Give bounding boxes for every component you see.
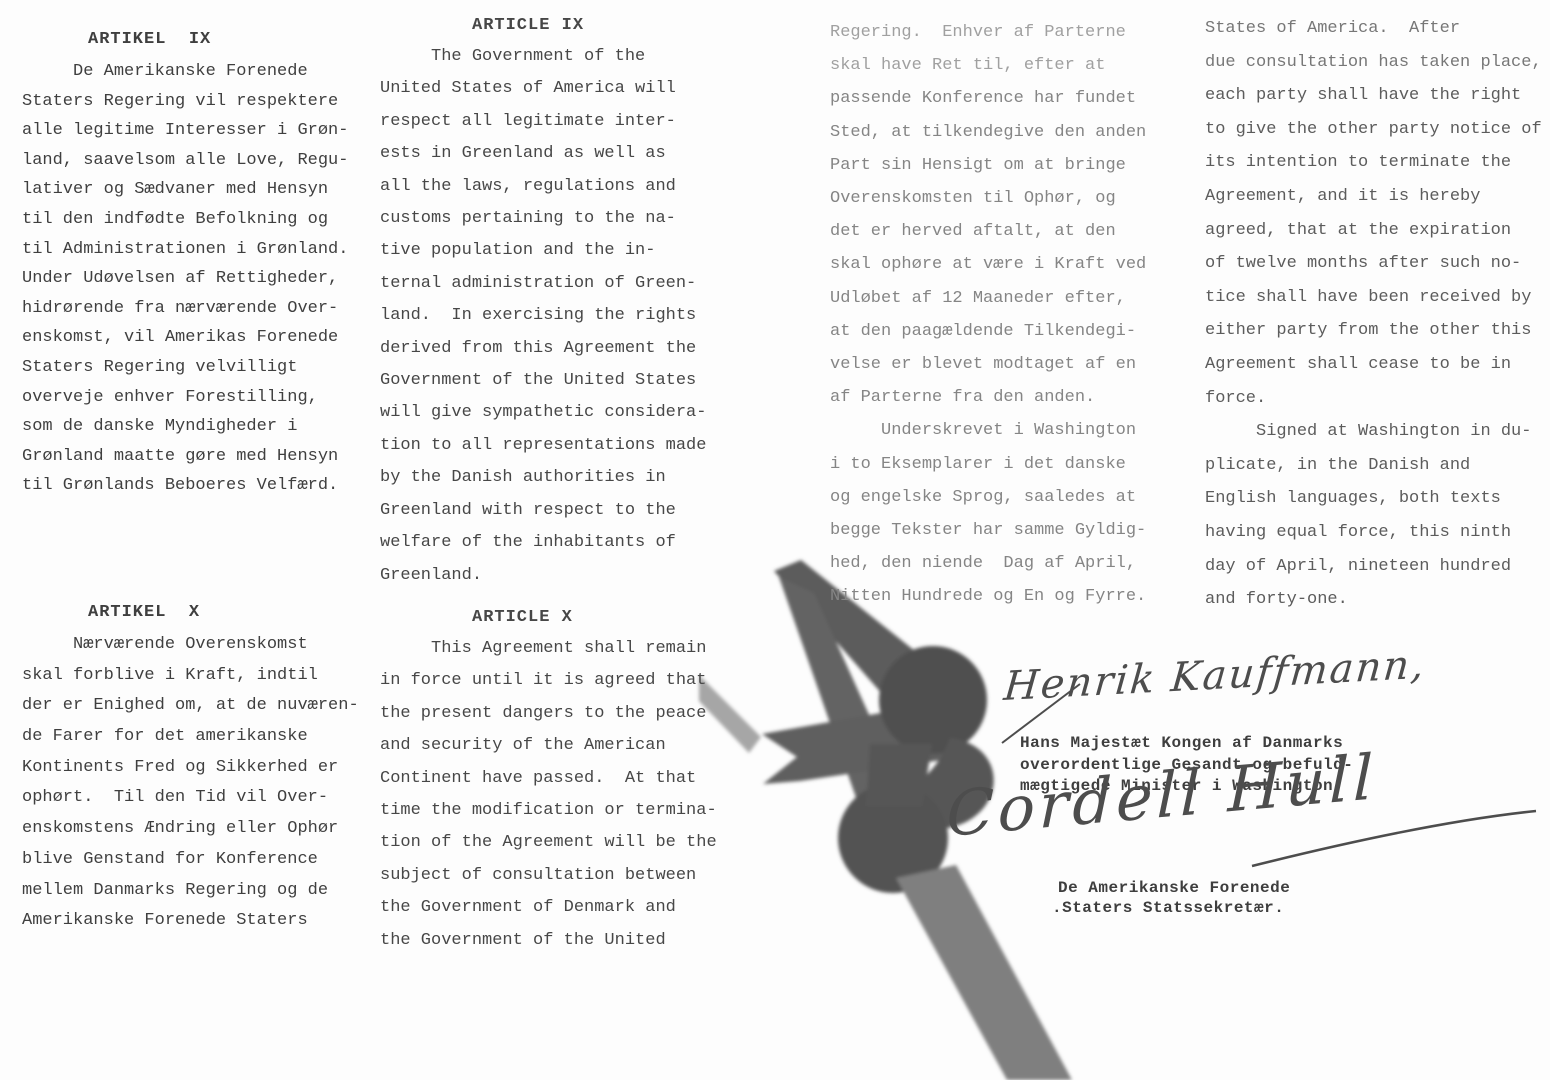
- text-line: enskomstens Ændring eller Ophør: [22, 814, 374, 845]
- text-line: overveje enhver Forestilling,: [22, 383, 374, 413]
- text-line: time the modification or termina-: [380, 795, 732, 827]
- text-line: Staters Regering velvilligt: [22, 353, 374, 383]
- text-line: hidrørende fra nærværende Over-: [22, 294, 374, 324]
- text-line: due consultation has taken place,: [1205, 46, 1550, 80]
- text-line: customs pertaining to the na-: [380, 203, 732, 235]
- column-english-continuation: States of America. Afterdue consultation…: [1205, 12, 1550, 617]
- text-line: alle legitime Interesser i Grøn-: [22, 116, 374, 146]
- text-line: Under Udøvelsen af Rettigheder,: [22, 264, 374, 294]
- text-line: velse er blevet modtaget af en: [830, 348, 1170, 381]
- text-line: Amerikanske Forenede Staters: [22, 906, 374, 937]
- article-9-body-danish: De Amerikanske ForenedeStaters Regering …: [22, 57, 374, 501]
- text-line: by the Danish authorities in: [380, 462, 732, 494]
- text-line: day of April, nineteen hundred: [1205, 550, 1550, 584]
- text-line: plicate, in the Danish and: [1205, 449, 1550, 483]
- article-10-heading-danish: ARTIKEL X: [22, 603, 374, 622]
- ribbon-band: [866, 744, 932, 806]
- column-english-articles: ARTICLE IX The Government of theUnited S…: [380, 16, 732, 957]
- text-line: in force until it is agreed that: [380, 665, 732, 697]
- text-line: welfare of the inhabitants of: [380, 527, 732, 559]
- text-line: skal forblive i Kraft, indtil: [22, 661, 374, 692]
- text-line: will give sympathetic considera-: [380, 397, 732, 429]
- text-line: Nærværende Overenskomst: [22, 630, 374, 661]
- text-line: og engelske Sprog, saaledes at: [830, 481, 1170, 514]
- text-line: Agreement, and it is hereby: [1205, 180, 1550, 214]
- text-line: the Government of Denmark and: [380, 892, 732, 924]
- text-line: .Staters Statssekretær.: [1052, 898, 1290, 918]
- text-line: hed, den niende Dag af April,: [830, 547, 1170, 580]
- text-line: Underskrevet i Washington: [830, 414, 1170, 447]
- text-line: til Grønlands Beboeres Velfærd.: [22, 471, 374, 501]
- text-line: De Amerikanske Forenede: [1052, 878, 1290, 898]
- text-line: ternal administration of Green-: [380, 268, 732, 300]
- text-line: all the laws, regulations and: [380, 171, 732, 203]
- text-line: passende Konference har fundet: [830, 82, 1170, 115]
- text-line: Signed at Washington in du-: [1205, 415, 1550, 449]
- text-line: enskomst, vil Amerikas Forenede: [22, 323, 374, 353]
- text-line: det er herved aftalt, at den: [830, 215, 1170, 248]
- text-line: mellem Danmarks Regering og de: [22, 876, 374, 907]
- text-line: Part sin Hensigt om at bringe: [830, 149, 1170, 182]
- text-line: This Agreement shall remain: [380, 633, 732, 665]
- article-9-heading-danish: ARTIKEL IX: [22, 30, 374, 49]
- text-line: Overenskomsten til Ophør, og: [830, 182, 1170, 215]
- text-line: land. In exercising the rights: [380, 300, 732, 332]
- text-line: respect all legitimate inter-: [380, 106, 732, 138]
- text-line: having equal force, this ninth: [1205, 516, 1550, 550]
- text-line: til Administrationen i Grønland.: [22, 235, 374, 265]
- text-line: Continent have passed. At that: [380, 763, 732, 795]
- text-line: tion to all representations made: [380, 430, 732, 462]
- text-line: der er Enighed om, at de nuværen-: [22, 691, 374, 722]
- text-line: Kontinents Fred og Sikkerhed er: [22, 753, 374, 784]
- text-line: blive Genstand for Konference: [22, 845, 374, 876]
- text-line: skal ophøre at være i Kraft ved: [830, 248, 1170, 281]
- text-line: land, saavelsom alle Love, Regu-: [22, 146, 374, 176]
- text-line: Greenland with respect to the: [380, 495, 732, 527]
- text-line: subject of consultation between: [380, 860, 732, 892]
- text-line: til den indfødte Befolkning og: [22, 205, 374, 235]
- text-line: United States of America will: [380, 73, 732, 105]
- text-line: Nitten Hundrede og En og Fyrre.: [830, 580, 1170, 613]
- text-line: Agreement shall cease to be in: [1205, 348, 1550, 382]
- text-line: Sted, at tilkendegive den anden: [830, 116, 1170, 149]
- text-line: the Government of the United: [380, 925, 732, 957]
- text-line: and security of the American: [380, 730, 732, 762]
- text-line: Greenland.: [380, 560, 732, 592]
- text-line: ests in Greenland as well as: [380, 138, 732, 170]
- article-9-heading-english: ARTICLE IX: [380, 16, 732, 35]
- text-line: i to Eksemplarer i det danske: [830, 448, 1170, 481]
- text-line: begge Tekster har samme Gyldig-: [830, 514, 1170, 547]
- text-line: its intention to terminate the: [1205, 146, 1550, 180]
- text-line: either party from the other this: [1205, 314, 1550, 348]
- text-line: to give the other party notice of: [1205, 113, 1550, 147]
- text-line: and forty-one.: [1205, 583, 1550, 617]
- text-line: force.: [1205, 382, 1550, 416]
- article-10-body-english: This Agreement shall remainin force unti…: [380, 633, 732, 957]
- text-line: States of America. After: [1205, 12, 1550, 46]
- ribbon-band: [896, 865, 1072, 1080]
- text-line: at den paagældende Tilkendegi-: [830, 315, 1170, 348]
- text-line: agreed, that at the expiration: [1205, 214, 1550, 248]
- text-line: som de danske Myndigheder i: [22, 412, 374, 442]
- text-line: Grønland maatte gøre med Hensyn: [22, 442, 374, 472]
- treaty-scan-page: ARTIKEL IX De Amerikanske ForenedeStater…: [0, 0, 1550, 1080]
- column-danish-articles: ARTIKEL IX De Amerikanske ForenedeStater…: [22, 30, 374, 937]
- text-line: derived from this Agreement the: [380, 333, 732, 365]
- column-danish-continuation: Regering. Enhver af Parterneskal have Re…: [830, 16, 1170, 614]
- wax-seal-icon: [879, 646, 987, 754]
- text-line: Regering. Enhver af Parterne: [830, 16, 1170, 49]
- text-line: tice shall have been received by: [1205, 281, 1550, 315]
- signature-caption-hull: De Amerikanske Forenede.Staters Statssek…: [1052, 878, 1290, 918]
- article-10-heading-english: ARTICLE X: [380, 608, 732, 627]
- text-line: lativer og Sædvaner med Hensyn: [22, 175, 374, 205]
- text-line: Udløbet af 12 Maaneder efter,: [830, 282, 1170, 315]
- text-line: each party shall have the right: [1205, 79, 1550, 113]
- text-line: English languages, both texts: [1205, 482, 1550, 516]
- text-line: skal have Ret til, efter at: [830, 49, 1170, 82]
- text-line: ophørt. Til den Tid vil Over-: [22, 783, 374, 814]
- text-line: Government of the United States: [380, 365, 732, 397]
- text-line: tive population and the in-: [380, 235, 732, 267]
- text-line: The Government of the: [380, 41, 732, 73]
- text-line: tion of the Agreement will be the: [380, 827, 732, 859]
- text-line: af Parterne fra den anden.: [830, 381, 1170, 414]
- text-line: De Amerikanske Forenede: [22, 57, 374, 87]
- text-line: de Farer for det amerikanske: [22, 722, 374, 753]
- article-9-body-english: The Government of theUnited States of Am…: [380, 41, 732, 592]
- article-10-body-danish: Nærværende Overenskomstskal forblive i K…: [22, 630, 374, 937]
- text-line: the present dangers to the peace: [380, 698, 732, 730]
- text-line: of twelve months after such no-: [1205, 247, 1550, 281]
- text-line: Staters Regering vil respektere: [22, 87, 374, 117]
